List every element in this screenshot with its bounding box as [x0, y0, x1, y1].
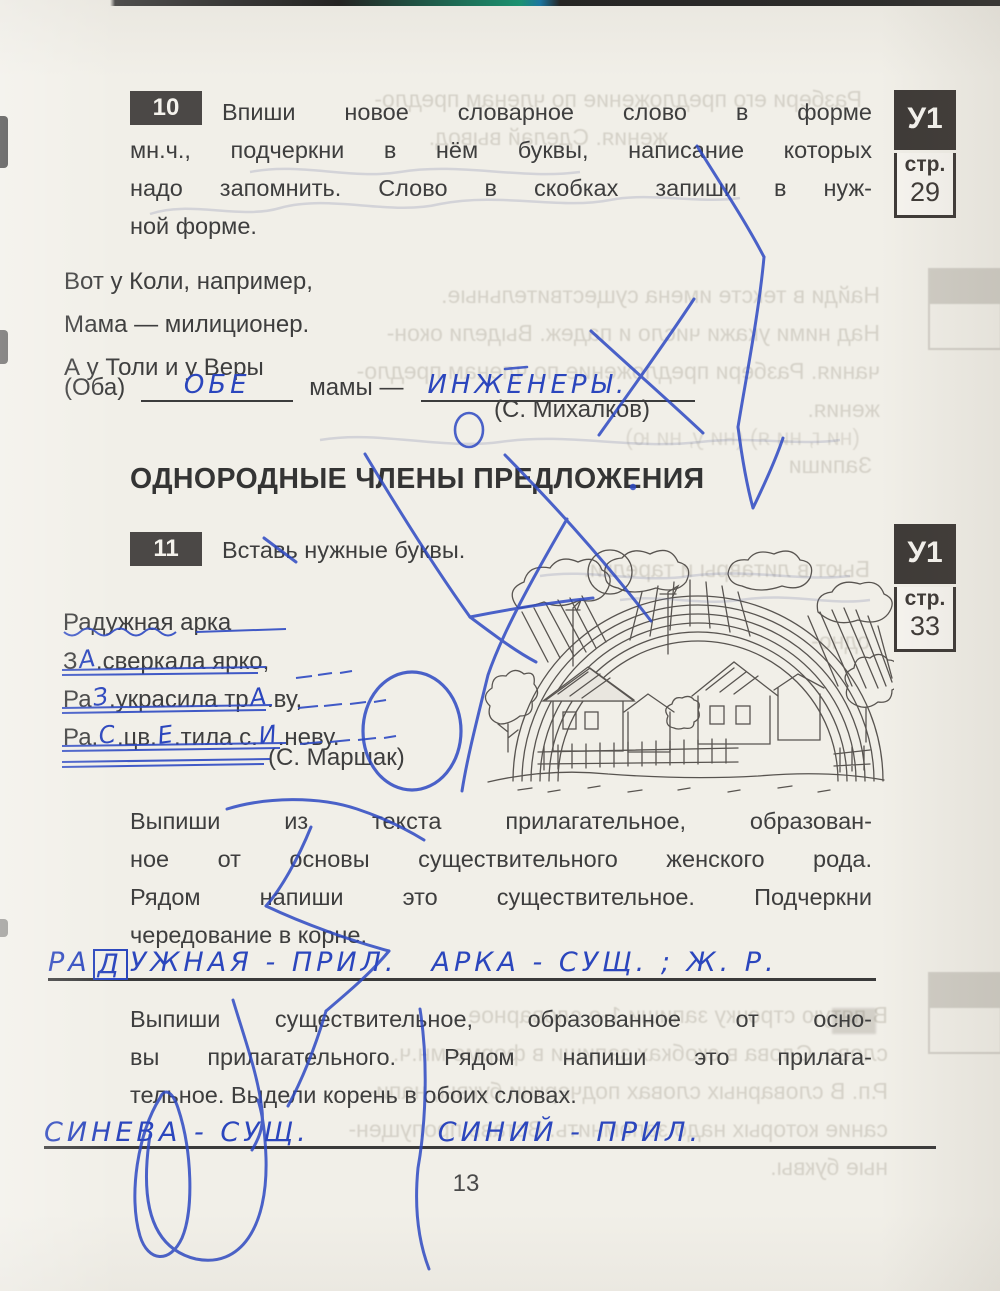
tab-page-number: 29	[897, 177, 953, 207]
ghost-text: Найди в тексте имена существительные.	[268, 282, 880, 309]
ghost-text: (ни г, ни я) (ни у, ни ю)	[300, 424, 860, 451]
instruction-line: Выпиши из текста прилагательное, образов…	[130, 802, 872, 840]
poem-fragment: З	[63, 648, 78, 675]
boxed-letter: Д	[93, 949, 128, 980]
scan-edge-mark	[0, 330, 8, 364]
exercise-11-instruction: Вставь нужные буквы.	[222, 537, 465, 564]
handwritten-fragment: СИНЕВА - СУЩ.	[44, 1117, 310, 1148]
inserted-letter: А	[76, 639, 98, 679]
poem-line: Радужная арка	[63, 604, 340, 642]
exercise-10-instruction: Впиши новое словарное слово в форме мн.ч…	[130, 93, 872, 245]
handwritten-fragment: УЖНАЯ - ПРИЛ.	[130, 947, 398, 978]
page-number: 13	[436, 1170, 496, 1198]
poem-fragment: .цв.	[117, 724, 157, 751]
scan-edge-mark	[0, 116, 8, 168]
tab-page-number: 33	[897, 611, 953, 641]
poem-line: ЗА.сверкала ярко,	[63, 642, 340, 680]
inserted-letter: Е	[155, 715, 175, 755]
scan-edge-strip	[0, 0, 1000, 6]
poem-word: арка	[180, 609, 231, 636]
ghost-text: Над ними укажи число и падеж. Выдели око…	[268, 320, 880, 347]
poem-marshak: Радужная арка ЗА.сверкала ярко, РаЗ.укра…	[63, 604, 340, 756]
poem-fragment: .сверкала ярко,	[96, 648, 269, 675]
handwritten-answer: РАДУЖНАЯ - ПРИЛ.АРКА - СУЩ. ; Ж. Р.	[48, 947, 778, 978]
answer-blank: ОБЕ	[141, 372, 293, 402]
poem-author: (С. Маршак)	[268, 744, 405, 772]
handwritten-answer: ОБЕ	[184, 370, 251, 400]
page-tab-u1-33: У1 стр. 33	[894, 524, 956, 652]
handwritten-answer: СИНЕВА - СУЩ.СИНИЙ - ПРИЛ.	[44, 1119, 702, 1146]
village-rainbow-illustration	[478, 546, 894, 796]
instruction-line: Выпиши существительное, образованное от …	[130, 1000, 872, 1038]
poem-fragment: .украсила тр	[109, 686, 249, 713]
answer-line: РАДУЖНАЯ - ПРИЛ.АРКА - СУЩ. ; Ж. Р.	[48, 930, 876, 981]
tab-page-word: стр.	[897, 587, 953, 611]
tab-volume-label: У1	[894, 90, 956, 150]
handwritten-fragment: АРКА - СУЩ. ; Ж. Р.	[432, 947, 778, 978]
page-tab-u1-29: У1 стр. 29	[894, 90, 956, 218]
handwritten-fragment: РА	[48, 947, 91, 978]
poem-fragment: Ра	[63, 686, 92, 713]
poem-line: Вот у Коли, например,	[64, 260, 313, 303]
instruction-line: Рядом напиши это существительное. Подчер…	[130, 878, 872, 916]
ghost-text: жения.	[680, 396, 880, 423]
instruction-line: мн.ч., подчеркни в нём буквы, написание …	[130, 131, 872, 169]
section-heading: ОДНОРОДНЫЕ ЧЛЕНЫ ПРЕДЛОЖЕНИЯ	[130, 463, 878, 496]
poem-line: РаЗ.украсила трА.ву,	[63, 680, 340, 718]
handwritten-fragment: СИНИЙ - ПРИЛ.	[438, 1117, 702, 1148]
instruction-line: ной форме.	[130, 207, 872, 245]
inserted-letter: А	[247, 677, 269, 717]
workbook-scanned-page: Разбери его предложение по членам предло…	[0, 0, 1000, 1291]
task-4-instruction: Выпиши существительное, образованное от …	[130, 1000, 872, 1114]
poem-word: (Оба)	[64, 374, 125, 402]
ghost-text: ные буквы.	[590, 1154, 888, 1181]
ghost-page-tab	[928, 268, 1000, 350]
instruction-line: ное от основы существительного женского …	[130, 840, 872, 878]
poem-word: Радужная	[63, 609, 173, 636]
instruction-line: надо запомнить. Слово в скобках запиши в…	[130, 169, 872, 207]
tab-page-word: стр.	[897, 153, 953, 177]
poem-fragment: .ву,	[267, 686, 302, 713]
instruction-line: Впиши новое словарное слово в форме	[130, 93, 872, 131]
exercise-11-badge: 11	[130, 532, 202, 566]
scan-edge-mark	[0, 919, 8, 937]
poem-line: Мама — милиционер.	[64, 303, 313, 346]
poem-fragment: .тила с.	[174, 724, 258, 751]
instruction-line: вы прилагательного. Рядом напиши это при…	[130, 1038, 872, 1076]
poem-author: (С. Михалков)	[494, 396, 650, 424]
inserted-letter: З	[90, 677, 111, 717]
ghost-page-tab	[928, 972, 1000, 1054]
inserted-letter: С	[96, 715, 118, 755]
answer-line: СИНЕВА - СУЩ.СИНИЙ - ПРИЛ.	[44, 1100, 936, 1149]
poem-fragment: Ра.	[63, 724, 98, 751]
tab-volume-label: У1	[894, 524, 956, 584]
poem-word: мамы —	[309, 374, 403, 402]
